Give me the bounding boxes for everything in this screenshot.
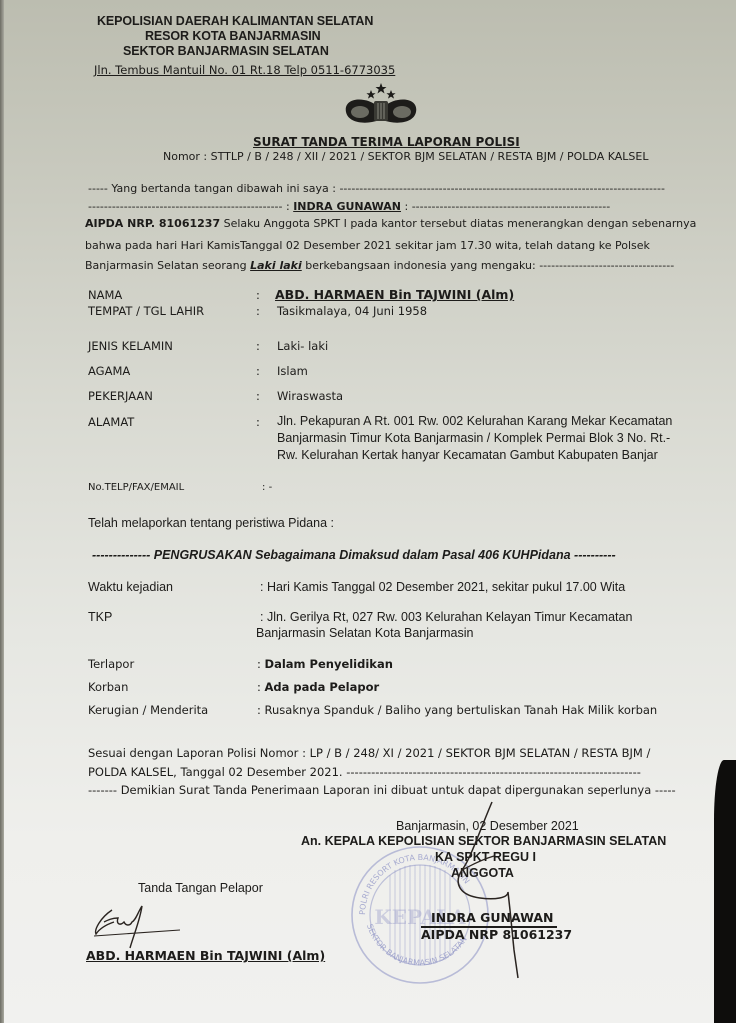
label-telp: No.TELP/FAX/EMAIL — [88, 482, 184, 493]
sep-korban: : — [257, 680, 261, 694]
closing-line-3: ------- Demikian Surat Tanda Penerimaan … — [88, 783, 676, 797]
value-tkp-line-2: Banjarmasin Selatan Kota Banjarmasin — [256, 626, 473, 640]
value-ttl: Tasikmalaya, 04 Juni 1958 — [277, 304, 427, 318]
sep-pekerjaan: : — [256, 389, 260, 403]
label-alamat: ALAMAT — [88, 415, 134, 429]
label-waktu-kejadian: Waktu kejadian — [88, 580, 173, 594]
officer-rank-nrp: AIPDA NRP. 81061237 — [85, 217, 220, 230]
paper-left-edge-shadow — [0, 0, 4, 1023]
intro-dashes-left: ----------------------------------------… — [88, 200, 293, 213]
header-institution: KEPOLISIAN DAERAH KALIMANTAN SELATAN — [97, 14, 373, 28]
label-tkp: TKP — [88, 610, 112, 624]
intro-line-3: AIPDA NRP. 81061237 Selaku Anggota SPKT … — [85, 217, 696, 230]
value-terlapor-text: Dalam Penyelidikan — [265, 657, 393, 671]
incident-intro: Telah melaporkan tentang peristiwa Pidan… — [88, 516, 334, 530]
header-sector: SEKTOR BANJARMASIN SELATAN — [123, 44, 329, 58]
label-pekerjaan: PEKERJAAN — [88, 389, 153, 403]
intro-line-2: ----------------------------------------… — [88, 200, 610, 213]
sep-kerugian: : — [257, 703, 261, 717]
police-emblem-icon — [338, 82, 424, 126]
value-korban: : Ada pada Pelapor — [257, 680, 379, 694]
intro-line-5-pre: Banjarmasin Selatan seorang — [85, 259, 250, 272]
value-nama: ABD. HARMAEN Bin TAJWINI (Alm) — [275, 287, 514, 302]
value-korban-text: Ada pada Pelapor — [265, 680, 380, 694]
document-number: Nomor : STTLP / B / 248 / XII / 2021 / S… — [163, 150, 648, 163]
sep-telp: : — [262, 482, 265, 493]
label-ttl: TEMPAT / TGL LAHIR — [88, 304, 204, 318]
label-jenis-kelamin: JENIS KELAMIN — [88, 339, 173, 353]
header-address: Jln. Tembus Mantuil No. 01 Rt.18 Telp 05… — [94, 63, 395, 77]
intro-line-3-text: Selaku Anggota SPKT I pada kantor terseb… — [220, 217, 696, 230]
value-terlapor: : Dalam Penyelidikan — [257, 657, 393, 671]
value-jenis-kelamin: Laki- laki — [277, 339, 328, 353]
offense-statement: -------------- PENGRUSAKAN Sebagaimana D… — [92, 548, 616, 562]
sep-jenis-kelamin: : — [256, 339, 260, 353]
label-nama: NAMA — [88, 288, 122, 302]
label-korban: Korban — [88, 680, 128, 694]
label-kerugian: Kerugian / Menderita — [88, 703, 208, 717]
gender-emphasis: Laki laki — [250, 259, 302, 272]
reporter-signature-name: ABD. HARMAEN Bin TAJWINI (Alm) — [86, 948, 325, 963]
label-terlapor: Terlapor — [88, 657, 134, 671]
sep-terlapor: : — [257, 657, 261, 671]
document-title: SURAT TANDA TERIMA LAPORAN POLISI — [253, 135, 520, 149]
value-tkp-line-1: : Jln. Gerilya Rt, 027 Rw. 003 Kelurahan… — [260, 610, 632, 624]
label-agama: AGAMA — [88, 364, 130, 378]
value-alamat-line-2: Banjarmasin Timur Kota Banjarmasin / Kom… — [277, 431, 670, 445]
header-resort: RESOR KOTA BANJARMASIN — [145, 29, 321, 43]
intro-line-5-post: berkebangsaan indonesia yang mengaku: --… — [302, 259, 674, 272]
reporter-signature-icon — [90, 900, 180, 950]
closing-line-2: POLDA KALSEL, Tanggal 02 Desember 2021. … — [88, 765, 641, 779]
sep-ttl: : — [256, 304, 260, 318]
officer-name: INDRA GUNAWAN — [293, 200, 401, 213]
officer-signature-rank: AIPDA NRP 81061237 — [421, 927, 572, 942]
officer-signature-icon — [450, 800, 530, 980]
intro-line-1: ----- Yang bertanda tangan dibawah ini s… — [88, 182, 665, 195]
value-telp-text: - — [269, 482, 273, 493]
value-kerugian-text: Rusaknya Spanduk / Baliho yang bertulisk… — [265, 703, 658, 717]
reporter-signature-caption: Tanda Tangan Pelapor — [138, 881, 263, 895]
intro-line-5: Banjarmasin Selatan seorang Laki laki be… — [85, 259, 674, 272]
intro-dashes-right: : --------------------------------------… — [401, 200, 610, 213]
value-alamat-line-1: Jln. Pekapuran A Rt. 001 Rw. 002 Kelurah… — [277, 414, 672, 428]
intro-line-4: bahwa pada hari Hari KamisTanggal 02 Des… — [85, 239, 650, 252]
value-kerugian: : Rusaknya Spanduk / Baliho yang bertuli… — [257, 703, 657, 717]
closing-line-1: Sesuai dengan Laporan Polisi Nomor : LP … — [88, 746, 650, 760]
sep-alamat: : — [256, 415, 260, 429]
sep-agama: : — [256, 364, 260, 378]
value-pekerjaan: Wiraswasta — [277, 389, 343, 403]
value-waktu-kejadian: : Hari Kamis Tanggal 02 Desember 2021, s… — [260, 580, 625, 594]
sep-nama: : — [256, 288, 260, 302]
value-agama: Islam — [277, 364, 308, 378]
value-alamat-line-3: Rw. Kelurahan Kertak hanyar Kecamatan Ga… — [277, 448, 658, 462]
officer-signature-name: INDRA GUNAWAN — [431, 910, 554, 925]
background-dark-edge — [714, 760, 736, 1023]
value-telp: : - — [262, 482, 272, 493]
